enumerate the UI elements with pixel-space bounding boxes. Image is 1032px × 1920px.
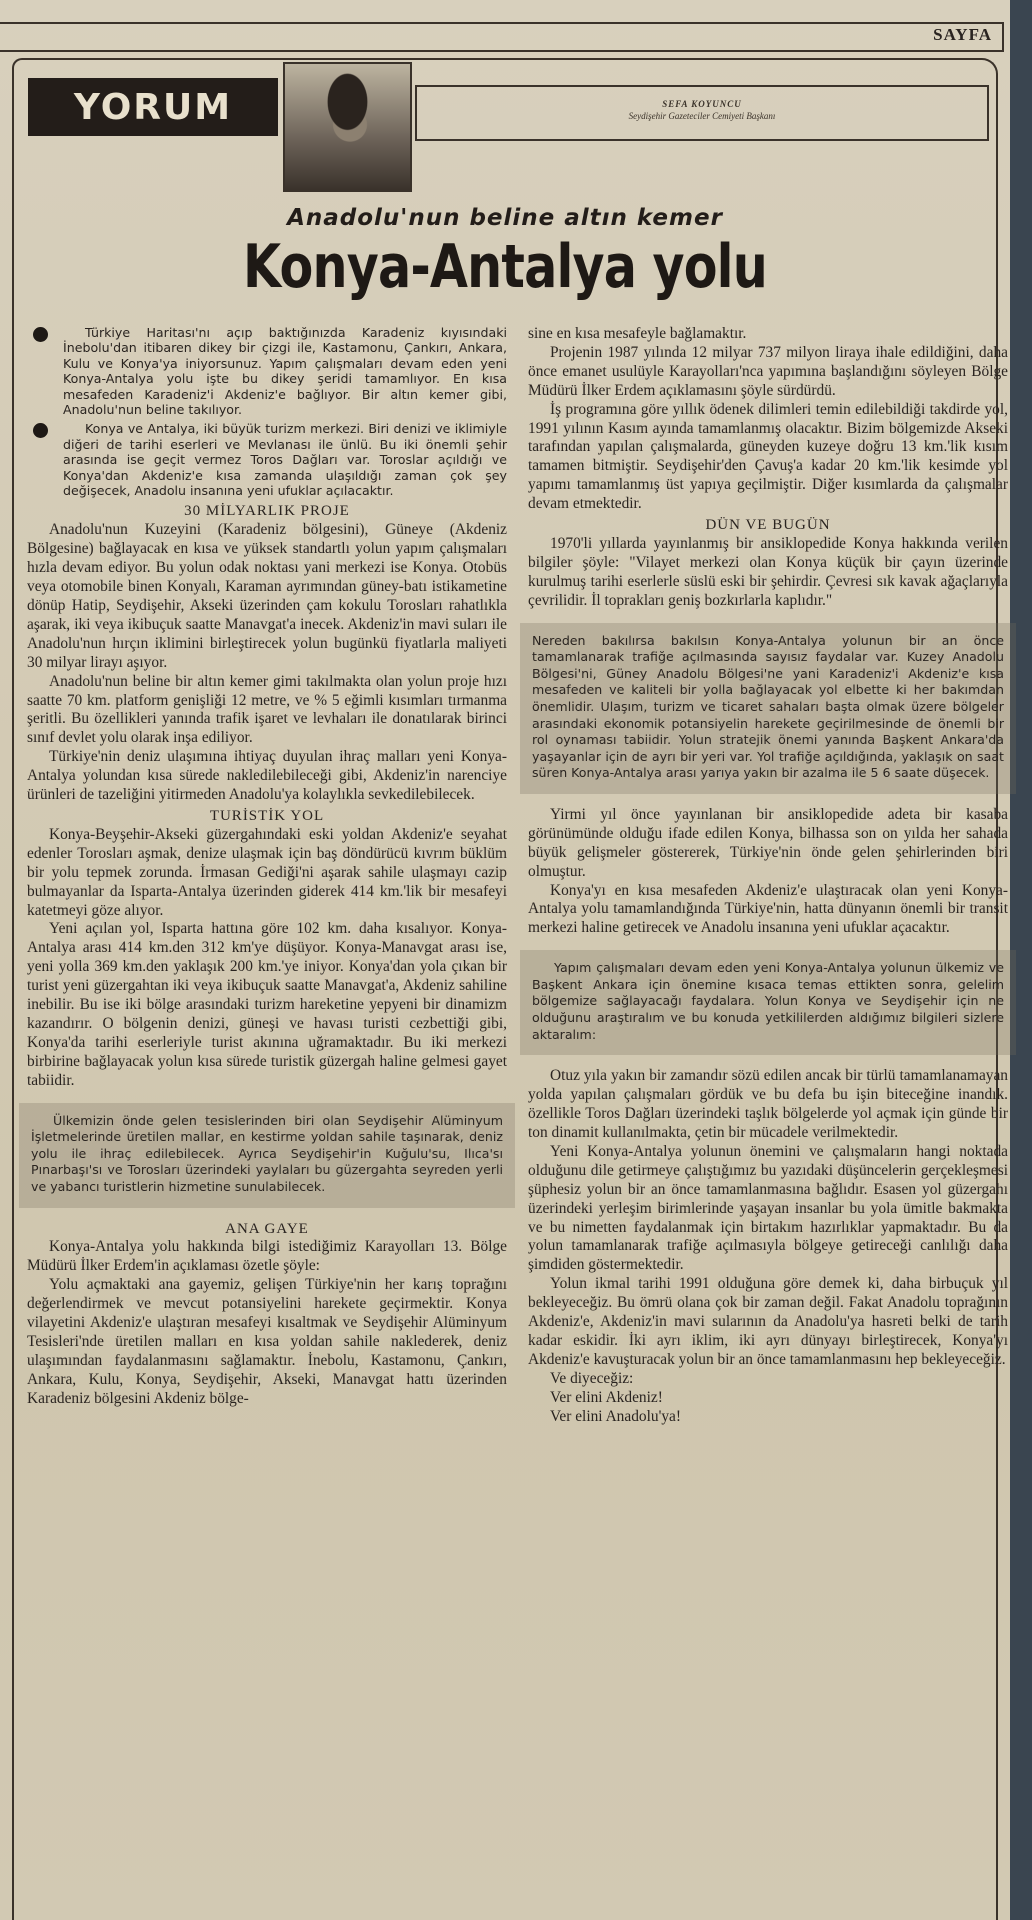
page-header-strip — [0, 22, 1004, 52]
body-paragraph: 1970'li yıllarda yayınlanmış bir ansiklo… — [528, 535, 1008, 611]
left-column: Türkiye Haritası'nı açıp baktığınızda Ka… — [27, 325, 507, 1409]
highlight-box: Yapım çalışmaları devam eden yeni Konya-… — [520, 950, 1016, 1055]
body-paragraph: Anadolu'nun Kuzeyini (Karadeniz bölgesin… — [27, 521, 507, 672]
body-paragraph: Türkiye'nin deniz ulaşımına ihtiyaç duyu… — [27, 748, 507, 805]
body-paragraph: Konya-Antalya yolu hakkında bilgi istedi… — [27, 1238, 507, 1276]
author-byline: SEFA KOYUNCU Seydişehir Gazeteciler Cemi… — [415, 85, 989, 141]
highlight-box: Ülkemizin önde gelen tesislerinden biri … — [19, 1103, 515, 1208]
lead-paragraph: Konya ve Antalya, iki büyük turizm merke… — [27, 421, 507, 498]
article-headline: Konya-Antalya yolu — [91, 232, 919, 302]
body-paragraph: Konya-Beyşehir-Akseki güzergahındaki esk… — [27, 826, 507, 921]
author-name: SEFA KOYUNCU — [417, 99, 987, 109]
subheading: TURİSTİK YOL — [27, 807, 507, 826]
body-paragraph: Konya'yı en kısa mesafeden Akdeniz'e ula… — [528, 882, 1008, 939]
body-paragraph: Yolu açmaktaki ana gayemiz, gelişen Türk… — [27, 1276, 507, 1408]
body-paragraph: Yolun ikmal tarihi 1991 olduğuna göre de… — [528, 1275, 1008, 1370]
body-paragraph: Otuz yıla yakın bir zamandır sözü edilen… — [528, 1067, 1008, 1143]
highlight-box: Nereden bakılırsa bakılsın Konya-Antalya… — [520, 623, 1016, 794]
subheading: 30 MİLYARLIK PROJE — [27, 502, 507, 521]
signoff: Ve diyeceğiz: Ver elini Akdeniz! Ver eli… — [528, 1370, 1008, 1427]
body-paragraph: sine en kısa mesafeyle bağlamaktır. — [528, 325, 1008, 344]
body-paragraph: Yeni açılan yol, Isparta hattına göre 10… — [27, 920, 507, 1090]
body-paragraph: Yirmi yıl önce yayınlanan bir ansikloped… — [528, 806, 1008, 882]
article-kicker: Anadolu'nun beline altın kemer — [0, 205, 1010, 231]
bullet-icon — [33, 423, 48, 438]
subheading: ANA GAYE — [27, 1220, 507, 1239]
author-role: Seydişehir Gazeteciler Cemiyeti Başkanı — [417, 111, 987, 121]
right-column: sine en kısa mesafeyle bağlamaktır. Proj… — [528, 325, 1008, 1426]
body-paragraph: Yeni Konya-Antalya yolunun önemini ve ça… — [528, 1143, 1008, 1275]
subheading: DÜN VE BUGÜN — [528, 516, 1008, 535]
bullet-icon — [33, 327, 48, 342]
body-paragraph: İş programına göre yıllık ödenek dilimle… — [528, 401, 1008, 514]
body-paragraph: Projenin 1987 yılında 12 milyar 737 mily… — [528, 344, 1008, 401]
author-photo — [283, 62, 412, 192]
page-label: SAYFA — [933, 25, 992, 45]
lead-paragraph: Türkiye Haritası'nı açıp baktığınızda Ka… — [27, 325, 507, 417]
body-paragraph: Anadolu'nun beline bir altın kemer gimi … — [27, 673, 507, 749]
section-badge: YORUM — [28, 78, 278, 136]
